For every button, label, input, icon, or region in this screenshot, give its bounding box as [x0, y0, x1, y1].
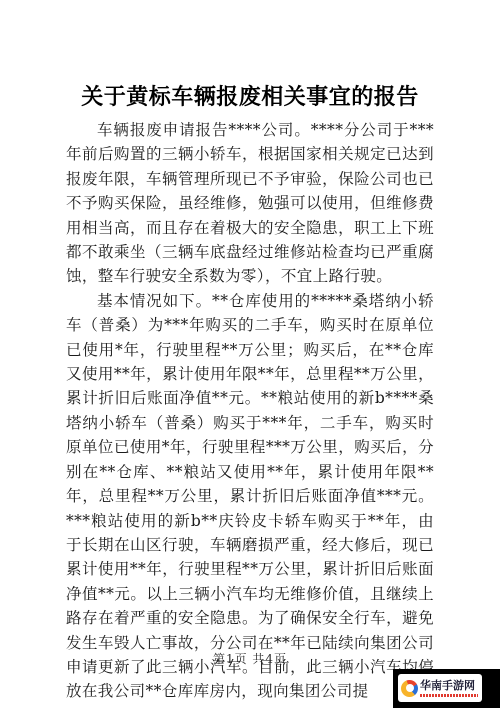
document-body: 车辆报废申请报告****公司。****分公司于***年前后购置的三辆小轿车，根据… [66, 118, 434, 704]
watermark-brand-text: 华南手游网 [420, 680, 478, 692]
page-indicator: 第1页 共4页 [213, 652, 287, 666]
watermark: 华南手游网 [393, 669, 500, 708]
watermark-tagline [420, 694, 478, 697]
paragraph-details: 基本情况如下。**仓库使用的*****桑塔纳小轿车（普桑）为***年购买的二手车… [66, 289, 434, 704]
brand-logo-icon [401, 680, 418, 697]
document-title: 关于黄标车辆报废相关事宜的报告 [40, 80, 460, 111]
paragraph-intro: 车辆报废申请报告****公司。****分公司于***年前后购置的三辆小轿车，根据… [66, 118, 434, 289]
page-footer: 第1页 共4页 [0, 648, 500, 667]
watermark-box: 华南手游网 [398, 674, 482, 702]
watermark-text-column: 华南手游网 [420, 680, 478, 697]
document-page: 关于黄标车辆报废相关事宜的报告 车辆报废申请报告****公司。****分公司于*… [0, 0, 500, 708]
